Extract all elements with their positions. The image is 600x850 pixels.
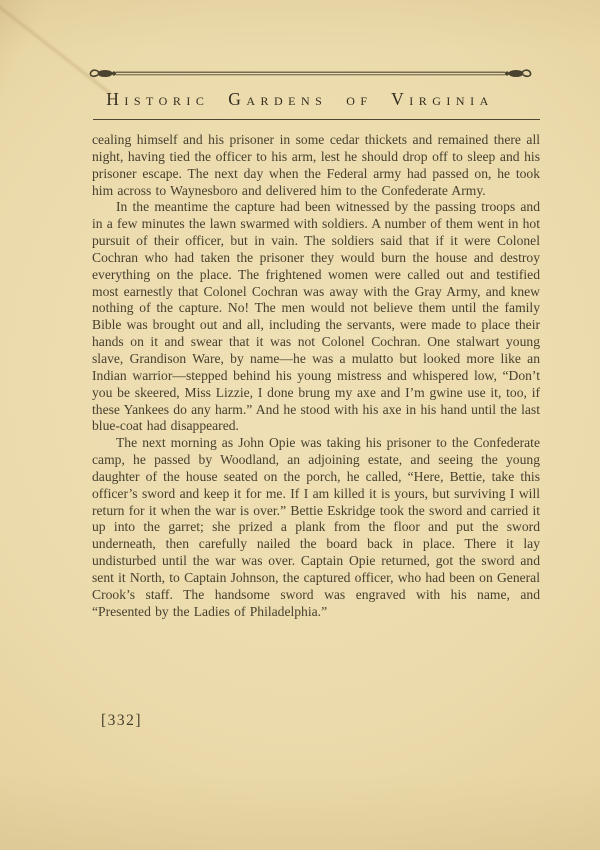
- paragraph-3: The next morning as John Opie was taking…: [92, 435, 540, 620]
- scroll-rule-ornament-icon: [88, 66, 533, 82]
- book-page: Historic Gardens of Virginia cealing him…: [0, 0, 600, 850]
- page-title: Historic Gardens of Virginia: [0, 89, 600, 110]
- body-text: cealing himself and his prisoner in some…: [92, 132, 540, 620]
- paragraph-1: cealing himself and his prisoner in some…: [92, 132, 540, 199]
- paragraph-2: In the meantime the capture had been wit…: [92, 199, 540, 435]
- page-number: [332]: [101, 712, 142, 730]
- title-rule: [93, 119, 540, 120]
